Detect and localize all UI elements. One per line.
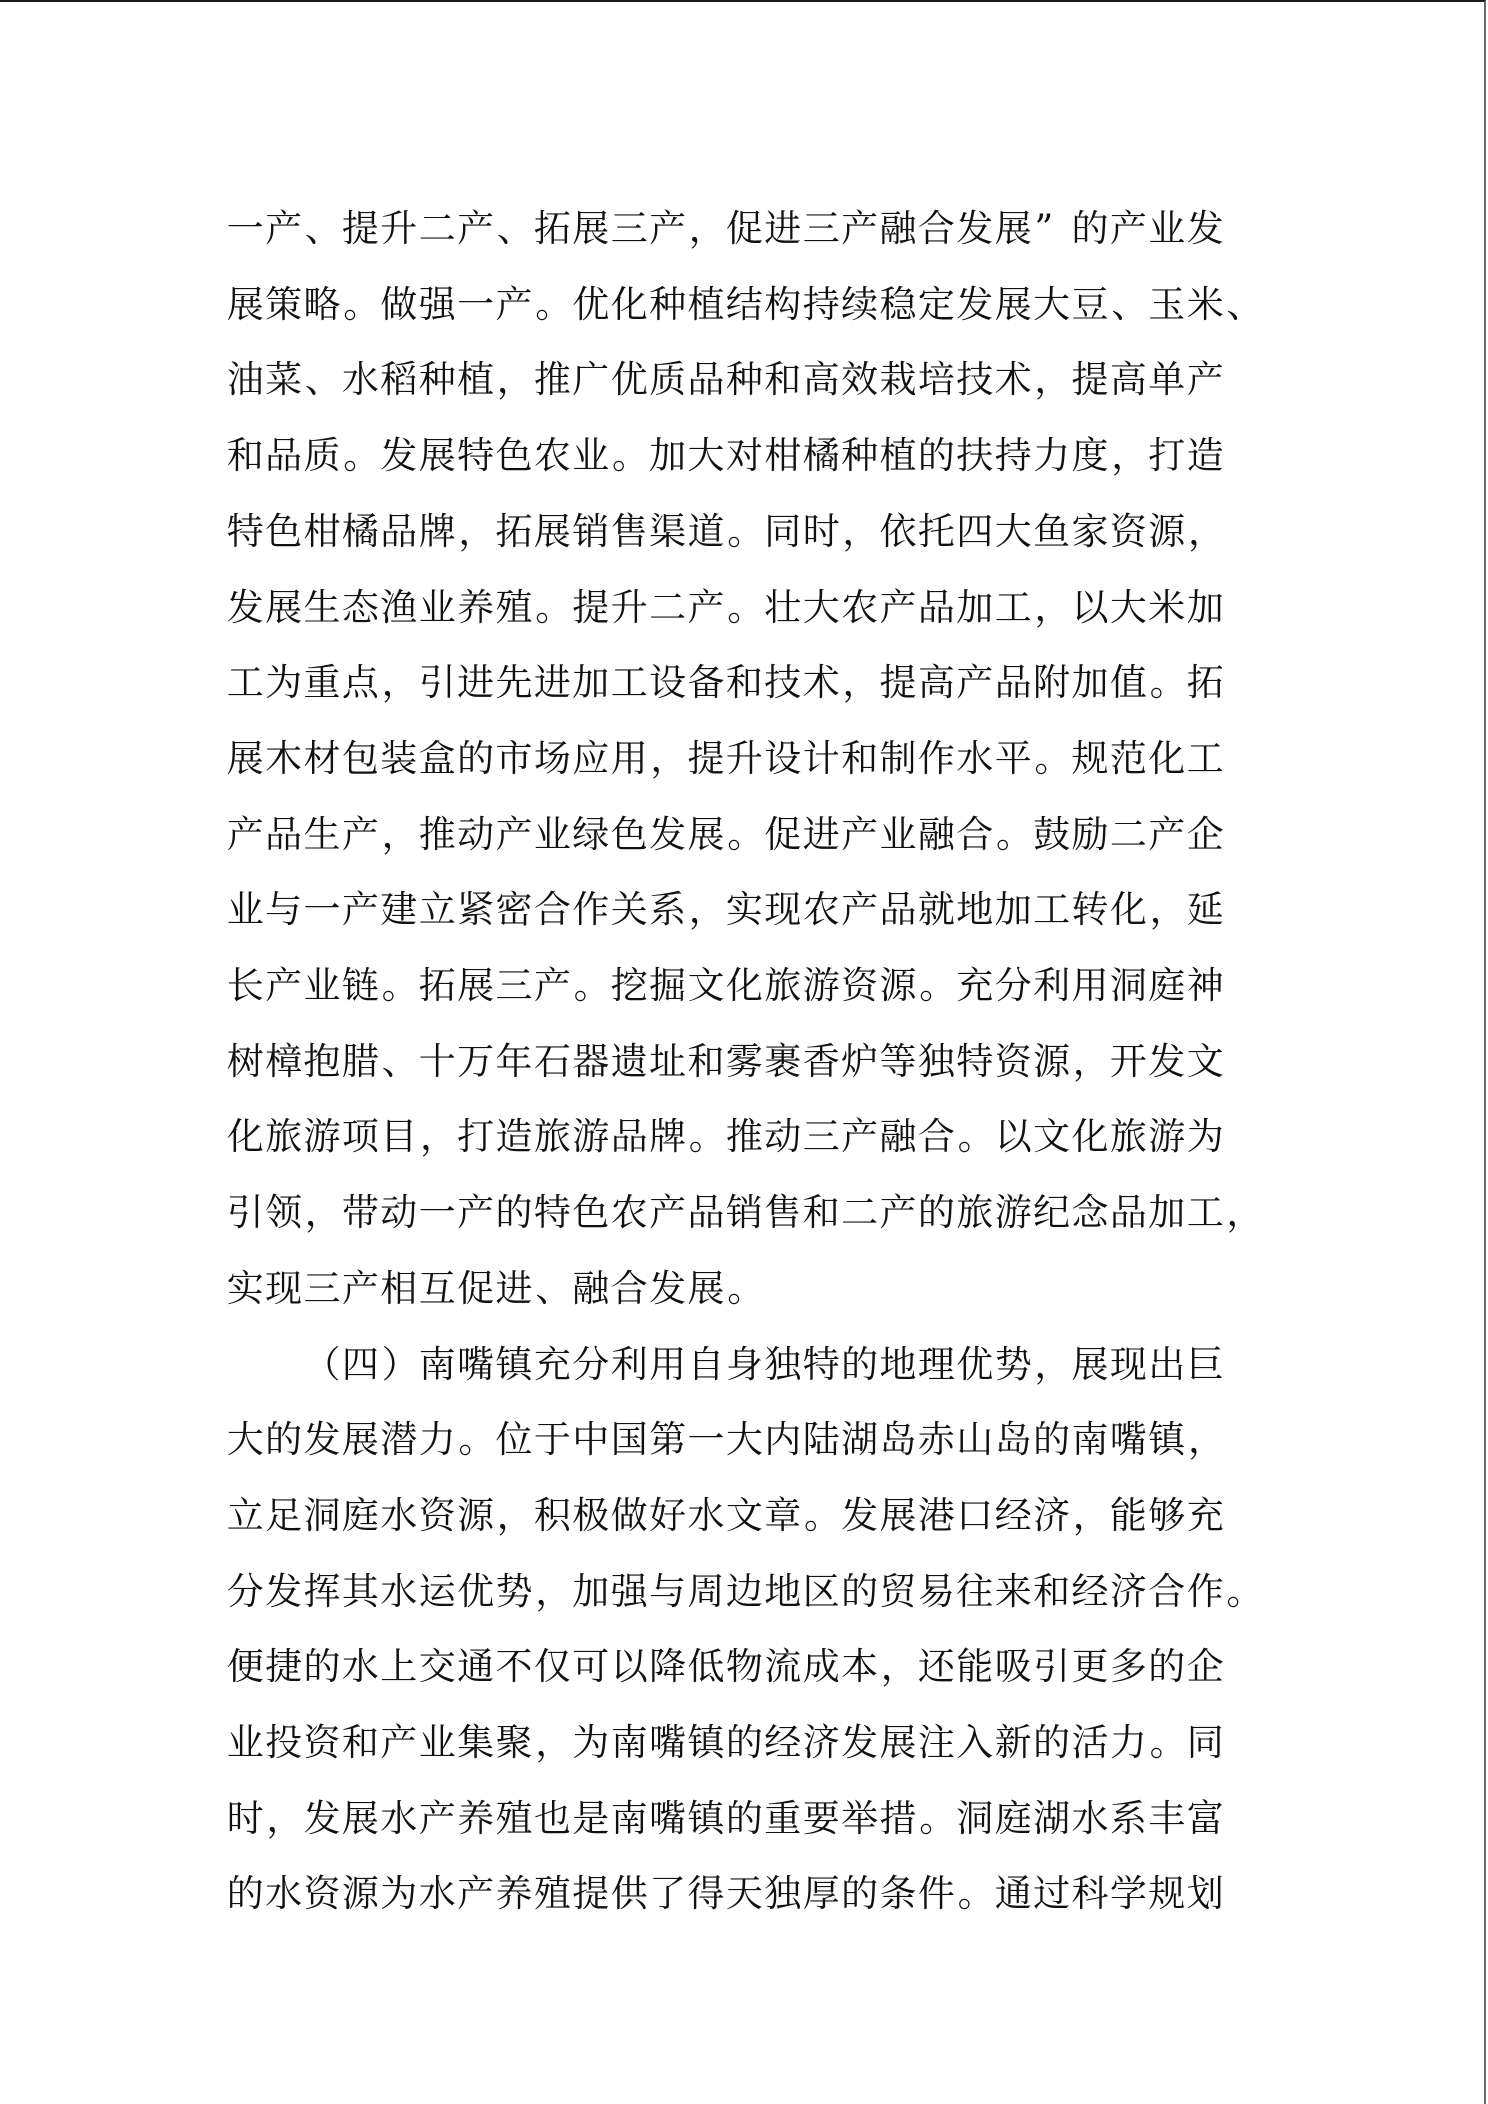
- glyph: 的: [840, 1341, 878, 1389]
- glyph: 。: [380, 962, 418, 1010]
- glyph: 独: [917, 1038, 955, 1086]
- glyph: 发: [840, 1719, 878, 1767]
- glyph: 潜: [380, 1416, 418, 1464]
- glyph: 特: [533, 1189, 571, 1237]
- glyph: 资: [994, 1038, 1032, 1086]
- glyph: 装: [380, 735, 418, 783]
- glyph: 三: [802, 1113, 840, 1161]
- glyph: 一: [418, 1189, 456, 1237]
- glyph: 合: [533, 886, 571, 934]
- glyph: 资: [303, 1719, 341, 1767]
- glyph: 得: [687, 1870, 725, 1918]
- glyph: 应: [572, 735, 610, 783]
- glyph: 范: [1109, 735, 1147, 783]
- glyph: 的: [725, 1719, 763, 1767]
- glyph: 和: [840, 735, 878, 783]
- glyph: 旅: [533, 1113, 571, 1161]
- glyph: 加: [1186, 584, 1224, 632]
- glyph: 续: [840, 281, 878, 329]
- glyph: 豆: [1071, 281, 1109, 329]
- glyph: 分: [994, 962, 1032, 1010]
- glyph: 的: [226, 1870, 264, 1918]
- glyph: 、: [380, 1038, 418, 1086]
- glyph: 做: [610, 1492, 648, 1540]
- glyph: 色: [572, 1189, 610, 1237]
- glyph: 用: [1071, 962, 1109, 1010]
- glyph: 促: [725, 205, 763, 253]
- glyph: 入: [956, 1719, 994, 1767]
- glyph: 利: [1032, 962, 1070, 1010]
- glyph: 发: [956, 205, 994, 253]
- glyph: 现: [764, 886, 802, 934]
- glyph: 厚: [802, 1870, 840, 1918]
- glyph: 通: [456, 1643, 494, 1691]
- glyph: 发: [956, 281, 994, 329]
- glyph: 挖: [610, 962, 648, 1010]
- glyph: 物: [725, 1643, 763, 1691]
- glyph: 植: [456, 356, 494, 404]
- glyph: 还: [917, 1643, 955, 1691]
- glyph: 三: [802, 205, 840, 253]
- glyph: 业: [303, 962, 341, 1010]
- glyph: 也: [533, 1795, 571, 1843]
- glyph: 石: [533, 1038, 571, 1086]
- glyph: 单: [1148, 356, 1186, 404]
- glyph: 活: [1071, 1719, 1109, 1767]
- glyph: 旅: [264, 1113, 302, 1161]
- glyph: 市: [495, 735, 533, 783]
- glyph: 炉: [840, 1038, 878, 1086]
- glyph: 、: [533, 1265, 571, 1313]
- glyph: 贸: [879, 1568, 917, 1616]
- glyph: 资: [303, 1870, 341, 1918]
- glyph: 源: [341, 1870, 379, 1918]
- glyph: 米: [1186, 281, 1224, 329]
- glyph: 游: [994, 1189, 1032, 1237]
- glyph: 合: [956, 811, 994, 859]
- glyph: 嘴: [1109, 1416, 1147, 1464]
- glyph: 。: [341, 432, 379, 480]
- glyph: 丰: [1148, 1795, 1186, 1843]
- glyph: 化: [1071, 1113, 1109, 1161]
- glyph: 。: [956, 1870, 994, 1918]
- glyph: 提: [879, 659, 917, 707]
- glyph: ，: [1186, 508, 1224, 556]
- glyph: 菜: [264, 356, 302, 404]
- glyph: 规: [1148, 1870, 1186, 1918]
- glyph: 南: [418, 1341, 456, 1389]
- glyph: 建: [380, 886, 418, 934]
- glyph: 大: [725, 1416, 763, 1464]
- glyph: 色: [610, 811, 648, 859]
- glyph: 种: [648, 281, 686, 329]
- glyph: 进: [533, 659, 571, 707]
- glyph: 地: [956, 886, 994, 934]
- glyph: 品: [380, 508, 418, 556]
- glyph: 、: [303, 356, 341, 404]
- glyph: 扶: [956, 432, 994, 480]
- glyph: 产: [495, 281, 533, 329]
- glyph: ，: [380, 659, 418, 707]
- glyph: ）: [380, 1341, 418, 1389]
- glyph: 技: [764, 659, 802, 707]
- glyph: 售: [764, 1189, 802, 1237]
- glyph: 大: [1109, 584, 1147, 632]
- glyph: 作: [1186, 1568, 1224, 1616]
- glyph: 源: [1148, 508, 1186, 556]
- glyph: 化: [610, 281, 648, 329]
- glyph: 国: [610, 1416, 648, 1464]
- glyph: 自: [687, 1341, 725, 1389]
- glyph: 的: [917, 1189, 955, 1237]
- glyph: 湖: [840, 1416, 878, 1464]
- glyph: 分: [572, 1341, 610, 1389]
- glyph: 游: [1148, 1113, 1186, 1161]
- glyph: 重: [764, 1795, 802, 1843]
- glyph: 附: [1032, 659, 1070, 707]
- glyph: 强: [610, 1568, 648, 1616]
- glyph: 发: [648, 1265, 686, 1313]
- glyph: ，: [879, 1643, 917, 1691]
- glyph: 色: [264, 508, 302, 556]
- glyph: 本: [840, 1643, 878, 1691]
- glyph: 拓: [533, 205, 571, 253]
- glyph: 度: [1071, 432, 1109, 480]
- glyph: 系: [648, 886, 686, 934]
- glyph: 养: [495, 1870, 533, 1918]
- glyph: 大: [802, 584, 840, 632]
- glyph: 加: [572, 1568, 610, 1616]
- glyph: ，: [840, 659, 878, 707]
- glyph: 加: [1148, 1189, 1186, 1237]
- glyph: 提: [572, 1870, 610, 1918]
- glyph: 以: [994, 1113, 1032, 1161]
- glyph: 址: [648, 1038, 686, 1086]
- glyph: 够: [1148, 1492, 1186, 1540]
- glyph: 腊: [341, 1038, 379, 1086]
- glyph: 备: [687, 659, 725, 707]
- glyph: 镇: [687, 1719, 725, 1767]
- glyph: 特: [226, 508, 264, 556]
- glyph: 高: [802, 356, 840, 404]
- glyph: 化: [226, 1113, 264, 1161]
- glyph: 集: [456, 1719, 494, 1767]
- glyph: 品: [917, 584, 955, 632]
- glyph: 盒: [418, 735, 456, 783]
- glyph: 渠: [648, 508, 686, 556]
- glyph: 技: [956, 356, 994, 404]
- glyph: 、: [495, 205, 533, 253]
- glyph: 强: [418, 281, 456, 329]
- glyph: 色: [495, 432, 533, 480]
- glyph: 产: [341, 1265, 379, 1313]
- glyph: 产: [264, 205, 302, 253]
- glyph: 提: [687, 735, 725, 783]
- glyph: 产: [456, 205, 494, 253]
- glyph: 绿: [572, 811, 610, 859]
- glyph: 可: [572, 1643, 610, 1691]
- glyph: 展: [341, 1416, 379, 1464]
- glyph: 低: [687, 1643, 725, 1691]
- glyph: 产: [879, 1189, 917, 1237]
- glyph: 二: [648, 584, 686, 632]
- glyph: 平: [994, 735, 1032, 783]
- glyph: 力: [1109, 1719, 1147, 1767]
- glyph: 加: [648, 432, 686, 480]
- glyph: 养: [456, 584, 494, 632]
- glyph: 独: [764, 1870, 802, 1918]
- glyph: 条: [879, 1870, 917, 1918]
- glyph: 遗: [610, 1038, 648, 1086]
- glyph: 销: [725, 1189, 763, 1237]
- glyph: 作: [917, 735, 955, 783]
- glyph: 大: [687, 432, 725, 480]
- glyph: 包: [341, 735, 379, 783]
- glyph: 的: [495, 1189, 533, 1237]
- glyph: 旅: [1109, 1113, 1147, 1161]
- glyph: 种: [418, 356, 456, 404]
- glyph: 举: [840, 1795, 878, 1843]
- glyph: 特: [956, 1038, 994, 1086]
- glyph: 结: [725, 281, 763, 329]
- glyph: 产: [1186, 356, 1224, 404]
- glyph: 供: [610, 1870, 648, 1918]
- glyph: 植: [879, 432, 917, 480]
- glyph: 投: [264, 1719, 302, 1767]
- glyph: 的: [840, 1870, 878, 1918]
- glyph: 。: [725, 584, 763, 632]
- glyph: 化: [1148, 735, 1186, 783]
- glyph: 。: [725, 1265, 763, 1313]
- glyph: 工: [1186, 1189, 1224, 1237]
- glyph: ，: [456, 508, 494, 556]
- glyph: 和: [687, 1038, 725, 1086]
- glyph: 牌: [648, 1113, 686, 1161]
- glyph: 。: [341, 281, 379, 329]
- glyph: 与: [648, 1568, 686, 1616]
- glyph: 发: [1186, 205, 1224, 253]
- glyph: 产: [648, 1189, 686, 1237]
- glyph: 为: [380, 1870, 418, 1918]
- glyph: 纪: [1032, 1189, 1070, 1237]
- glyph: 态: [341, 584, 379, 632]
- glyph: 加: [956, 584, 994, 632]
- glyph: 充: [956, 962, 994, 1010]
- glyph: 经: [764, 1719, 802, 1767]
- glyph: 展: [879, 1719, 917, 1767]
- glyph: 时: [802, 508, 840, 556]
- glyph: 一: [226, 205, 264, 253]
- glyph: 措: [879, 1795, 917, 1843]
- glyph: 场: [533, 735, 571, 783]
- glyph: 裹: [764, 1038, 802, 1086]
- glyph: 优: [956, 1341, 994, 1389]
- glyph: 展: [226, 735, 264, 783]
- glyph: 品: [879, 886, 917, 934]
- glyph: 产: [264, 962, 302, 1010]
- glyph: 吸: [994, 1643, 1032, 1691]
- glyph: 转: [1071, 886, 1109, 934]
- glyph: 展: [226, 281, 264, 329]
- glyph: 是: [572, 1795, 610, 1843]
- glyph: 的: [917, 432, 955, 480]
- glyph: 二: [840, 1189, 878, 1237]
- glyph: 为: [264, 659, 302, 707]
- glyph: 的: [456, 735, 494, 783]
- glyph: 巨: [1186, 1341, 1224, 1389]
- glyph: 业: [226, 886, 264, 934]
- glyph: 天: [725, 1870, 763, 1918]
- glyph: 嘴: [456, 1341, 494, 1389]
- glyph: 柑: [764, 432, 802, 480]
- glyph: 殖: [533, 1870, 571, 1918]
- glyph: 万: [456, 1038, 494, 1086]
- glyph: 一: [456, 281, 494, 329]
- glyph: 领: [264, 1189, 302, 1237]
- glyph: ，: [1148, 886, 1186, 934]
- glyph: 展: [456, 962, 494, 1010]
- glyph: 业: [418, 584, 456, 632]
- glyph: 四: [956, 508, 994, 556]
- glyph: 注: [917, 1719, 955, 1767]
- glyph: 优: [572, 281, 610, 329]
- glyph: 工: [226, 659, 264, 707]
- glyph: 地: [764, 1568, 802, 1616]
- glyph: 充: [533, 1341, 571, 1389]
- document-page: 一产、提升二产、拓展三产，促进三产融合发展”的产业发 展策略。做强一产。优化种植…: [0, 0, 1486, 2104]
- glyph: 拓: [418, 962, 456, 1010]
- glyph: 互: [418, 1265, 456, 1313]
- glyph: ，: [303, 1189, 341, 1237]
- glyph: ，: [418, 1113, 456, 1161]
- glyph: 旅: [764, 962, 802, 1010]
- glyph: 提: [572, 584, 610, 632]
- glyph: 引: [1032, 1643, 1070, 1691]
- glyph: 做: [380, 281, 418, 329]
- glyph: 。: [725, 811, 763, 859]
- glyph: 道: [687, 508, 725, 556]
- glyph: 设: [648, 659, 686, 707]
- glyph: 与: [264, 886, 302, 934]
- glyph: 工: [1186, 735, 1224, 783]
- glyph: 第: [648, 1416, 686, 1464]
- glyph: 展: [687, 811, 725, 859]
- glyph: 文: [687, 962, 725, 1010]
- glyph: 产: [341, 811, 379, 859]
- glyph: 发: [303, 1416, 341, 1464]
- glyph: 港: [917, 1492, 955, 1540]
- glyph: 。: [802, 1492, 840, 1540]
- glyph: 文: [725, 1492, 763, 1540]
- glyph: 造: [1186, 432, 1224, 480]
- glyph: 升: [380, 205, 418, 253]
- glyph: 三: [303, 1265, 341, 1313]
- glyph: 渔: [380, 584, 418, 632]
- glyph: （: [303, 1341, 341, 1389]
- glyph: 拓: [1186, 659, 1224, 707]
- glyph: 水: [264, 1870, 302, 1918]
- glyph: ，: [1109, 432, 1147, 480]
- glyph: 赤: [917, 1416, 955, 1464]
- glyph: 的: [1148, 1643, 1186, 1691]
- glyph: 济: [802, 1719, 840, 1767]
- glyph: 推: [418, 811, 456, 859]
- glyph: 柑: [303, 508, 341, 556]
- glyph: 延: [1186, 886, 1224, 934]
- glyph: ，: [380, 811, 418, 859]
- glyph: 神: [1186, 962, 1224, 1010]
- glyph: 为: [1186, 1113, 1224, 1161]
- glyph: 品: [1109, 1189, 1147, 1237]
- glyph: 水: [687, 1492, 725, 1540]
- glyph: 生: [303, 584, 341, 632]
- glyph: 鼓: [1032, 811, 1070, 859]
- glyph: 经: [1071, 1568, 1109, 1616]
- glyph: 多: [1109, 1643, 1147, 1691]
- glyph: 山: [956, 1416, 994, 1464]
- glyph: 。: [1148, 659, 1186, 707]
- glyph: 现: [1109, 1341, 1147, 1389]
- glyph: 游: [572, 1113, 610, 1161]
- glyph: 持: [994, 432, 1032, 480]
- glyph: ，: [1032, 584, 1070, 632]
- glyph: 制: [879, 735, 917, 783]
- glyph: 要: [802, 1795, 840, 1843]
- glyph: 出: [1148, 1341, 1186, 1389]
- glyph: 广: [572, 356, 610, 404]
- glyph: 化: [725, 962, 763, 1010]
- glyph: 水: [418, 1870, 456, 1918]
- glyph: 四: [341, 1341, 379, 1389]
- glyph: 二: [1109, 811, 1147, 859]
- glyph: 略: [303, 281, 341, 329]
- glyph: 构: [764, 281, 802, 329]
- glyph: 发: [648, 811, 686, 859]
- glyph: 势: [495, 1568, 533, 1616]
- glyph: 器: [572, 1038, 610, 1086]
- glyph: 产: [687, 584, 725, 632]
- glyph: 以: [1071, 584, 1109, 632]
- glyph: 利: [610, 1341, 648, 1389]
- glyph: 对: [725, 432, 763, 480]
- glyph: ，: [533, 1568, 571, 1616]
- glyph: 展: [572, 205, 610, 253]
- glyph: ”: [1032, 205, 1070, 253]
- glyph: 等: [879, 1038, 917, 1086]
- glyph: 产: [380, 1719, 418, 1767]
- glyph: 壮: [764, 584, 802, 632]
- glyph: ，: [495, 356, 533, 404]
- glyph: 为: [572, 1719, 610, 1767]
- glyph: 、: [1224, 281, 1262, 329]
- glyph: 运: [418, 1568, 456, 1616]
- glyph: 科: [1071, 1870, 1109, 1918]
- glyph: 洞: [1109, 962, 1147, 1010]
- glyph: 水: [380, 1492, 418, 1540]
- glyph: 重: [303, 659, 341, 707]
- glyph: 掘: [648, 962, 686, 1010]
- glyph: 合: [917, 1113, 955, 1161]
- glyph: 章: [764, 1492, 802, 1540]
- glyph: 。: [917, 962, 955, 1010]
- glyph: 发: [226, 584, 264, 632]
- glyph: 产: [456, 1870, 494, 1918]
- glyph: 展: [879, 1492, 917, 1540]
- glyph: 。: [994, 811, 1032, 859]
- glyph: 橘: [802, 432, 840, 480]
- glyph: 高: [1109, 356, 1147, 404]
- glyph: ，: [648, 735, 686, 783]
